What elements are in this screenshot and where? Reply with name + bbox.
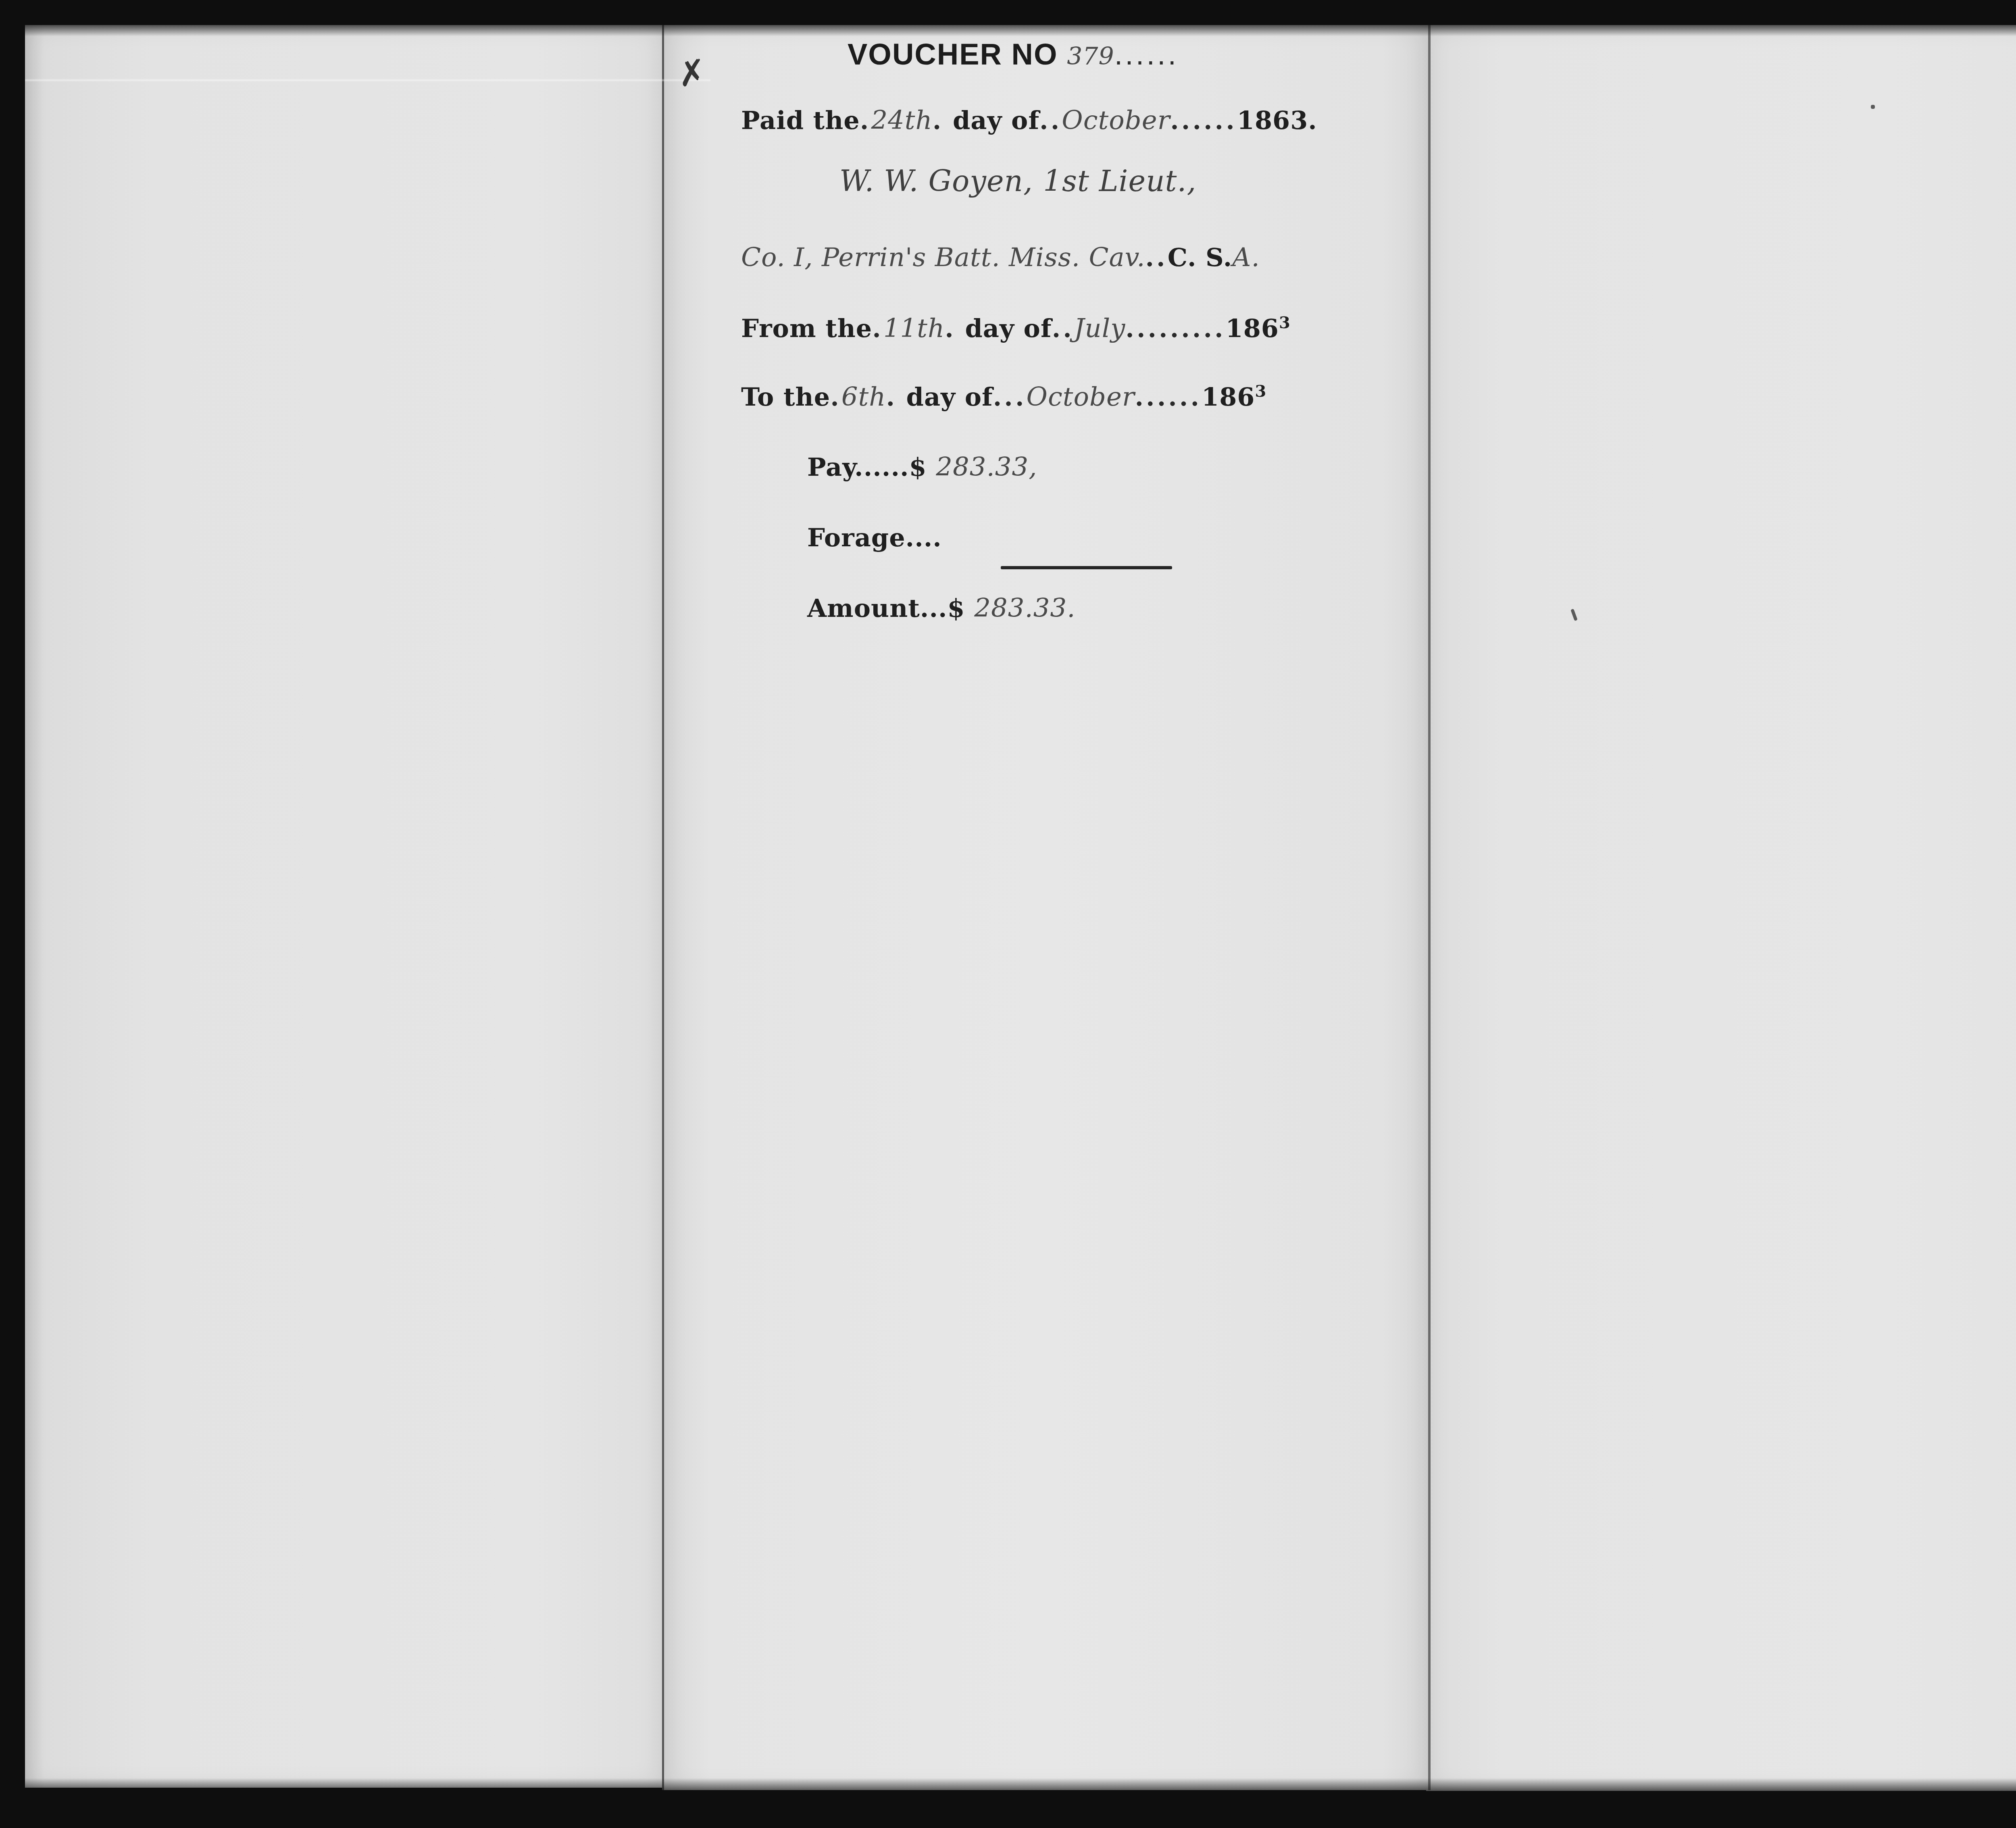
voucher-number: 379 <box>1067 42 1114 71</box>
from-year: 186 <box>1226 314 1279 343</box>
payee-name: W. W. Goyen, <box>839 164 1033 198</box>
amount-line: Amount...$ 283.33. <box>807 593 1076 623</box>
voucher-title-label: VOUCHER NO <box>848 37 1058 71</box>
amount-label: Amount...$ <box>807 593 965 623</box>
paid-year: 1863. <box>1237 106 1317 135</box>
voucher-title: VOUCHER NO 379...... <box>848 37 1179 71</box>
from-month: July <box>1074 314 1126 344</box>
unit-army-handwritten: A. <box>1232 243 1260 273</box>
to-day: 6th <box>841 382 886 412</box>
unit-name: Co. I, Perrin's Batt. Miss. Cav. <box>741 243 1145 273</box>
to-year: 186 <box>1202 382 1255 412</box>
from-label: From the <box>741 314 872 343</box>
voucher-number-dots: ...... <box>1114 37 1179 71</box>
paid-date-line: Paid the.24th. day of..October......1863… <box>741 106 1317 135</box>
voucher-paper-panel <box>662 25 1431 1790</box>
paper-speck <box>1871 105 1875 109</box>
to-year-digit: 3 <box>1255 382 1266 401</box>
paid-month: October <box>1062 106 1170 135</box>
paid-day-of-label: day of <box>953 106 1039 135</box>
from-year-digit: 3 <box>1279 313 1291 332</box>
forage-line: Forage.... <box>807 523 942 553</box>
to-day-of-label: day of <box>906 382 993 412</box>
unit-army-printed: C. S. <box>1168 243 1233 272</box>
from-day-of-label: day of <box>965 314 1052 343</box>
period-to-line: To the.6th. day of...October......1863 <box>741 382 1266 412</box>
paid-label: Paid the <box>741 106 860 135</box>
right-paper-panel <box>1426 25 2016 1791</box>
forage-label: Forage.... <box>807 523 942 552</box>
unit-line: Co. I, Perrin's Batt. Miss. Cav...C. S.A… <box>741 243 1260 273</box>
to-label: To the <box>741 382 830 412</box>
pay-value: 283.33, <box>936 452 1037 482</box>
period-from-line: From the.11th. day of..July.........1863 <box>741 313 1291 344</box>
amount-value: 283.33. <box>974 593 1075 623</box>
scan-bottom-edge <box>0 1778 2016 1828</box>
pay-line: Pay......$ 283.33, <box>807 452 1037 482</box>
paid-day: 24th <box>871 106 932 135</box>
to-month: October <box>1027 382 1135 412</box>
paper-fold-line <box>25 79 710 82</box>
pay-label: Pay......$ <box>807 452 927 482</box>
scan-top-edge <box>0 0 2016 36</box>
check-mark-icon: ✗ <box>675 51 709 95</box>
payee-rank: 1st Lieut., <box>1043 164 1196 198</box>
from-day: 11th <box>883 314 945 344</box>
sum-rule-divider <box>1001 566 1172 569</box>
left-paper-panel <box>25 25 662 1788</box>
payee-line: W. W. Goyen, 1st Lieut., <box>839 164 1196 198</box>
